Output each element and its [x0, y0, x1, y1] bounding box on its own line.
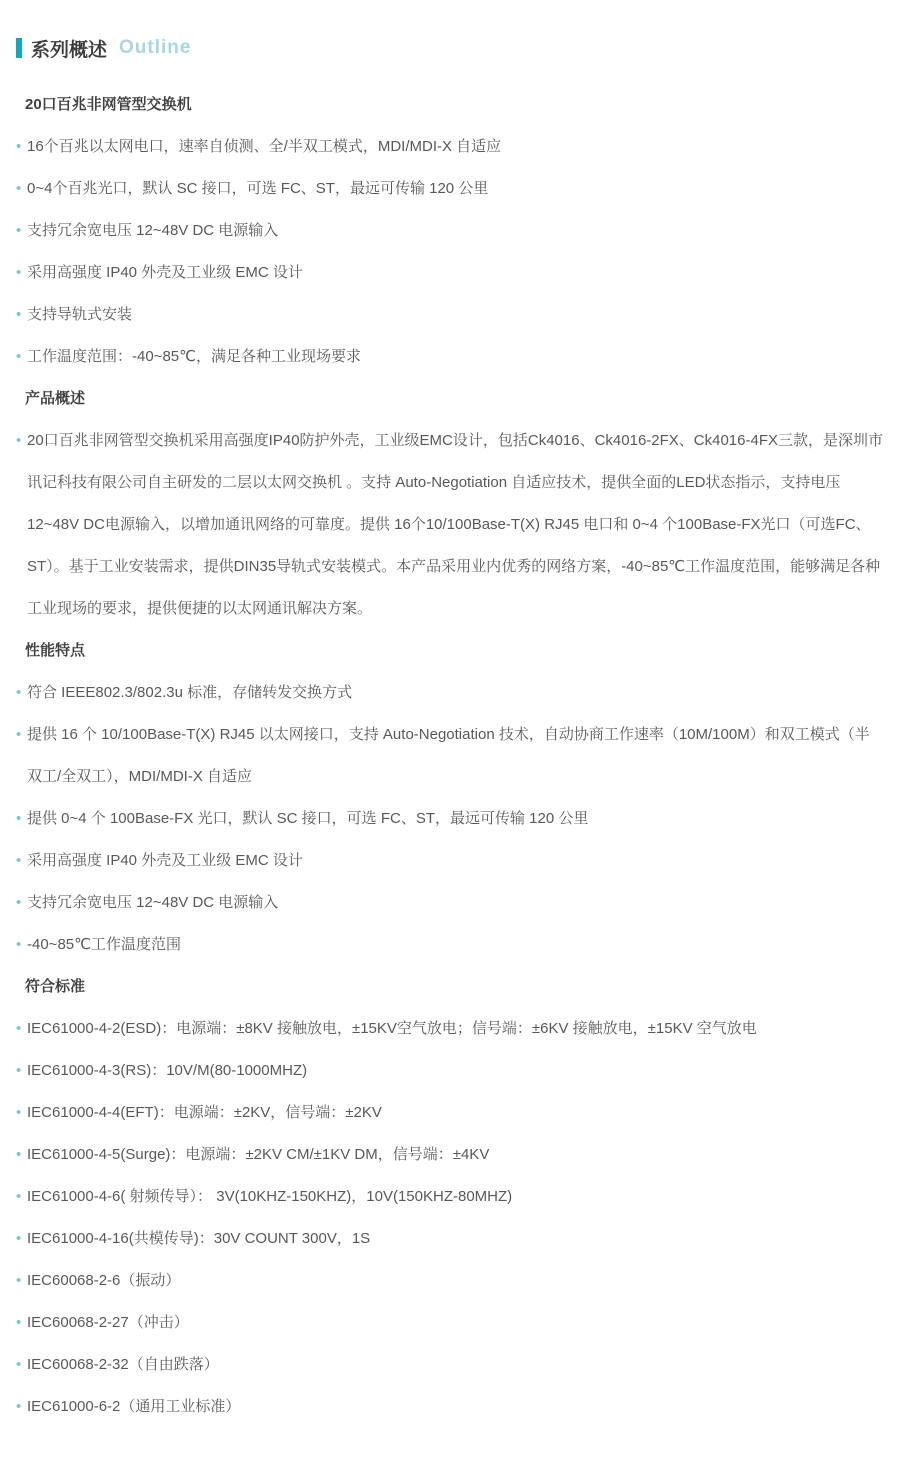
list-item-text: 0~4个百兆光口，默认 SC 接口，可选 FC、ST，最远可传输 120 公里 — [27, 180, 488, 197]
bullet-dot-icon: • — [16, 1386, 21, 1428]
bullet-list: • 20口百兆非网管型交换机采用高强度IP40防护外壳，工业级EMC设计，包括C… — [16, 420, 884, 630]
bullet-dot-icon: • — [16, 1302, 21, 1344]
list-item-text: IEC61000-4-2(ESD)：电源端：±8KV 接触放电，±15KV空气放… — [27, 1020, 757, 1037]
bullet-dot-icon: • — [16, 1260, 21, 1302]
list-item-text: IEC61000-4-3(RS)：10V/M(80-1000MHZ) — [27, 1062, 307, 1079]
list-item: • 16个百兆以太网电口，速率自侦测、全/半双工模式，MDI/MDI-X 自适应 — [16, 126, 884, 168]
list-item-text: 采用高强度 IP40 外壳及工业级 EMC 设计 — [27, 264, 303, 281]
list-item-text: IEC61000-4-4(EFT)：电源端：±2KV，信号端：±2KV — [27, 1104, 382, 1121]
bullet-dot-icon: • — [16, 126, 21, 168]
page-title-en: Outline — [119, 37, 191, 59]
list-item: • IEC60068-2-32（自由跌落） — [16, 1344, 884, 1386]
list-item-text: 提供 0~4 个 100Base-FX 光口，默认 SC 接口，可选 FC、ST… — [27, 810, 588, 827]
list-item: • 支持导轨式安装 — [16, 294, 884, 336]
page-title: 系列概述 — [31, 35, 107, 62]
list-item-text: 工作温度范围：-40~85℃，满足各种工业现场要求 — [27, 348, 361, 365]
bullet-dot-icon: • — [16, 714, 21, 756]
list-item-text: 提供 16 个 10/100Base-T(X) RJ45 以太网接口，支持 Au… — [27, 726, 870, 785]
list-item: • IEC61000-4-2(ESD)：电源端：±8KV 接触放电，±15KV空… — [16, 1008, 884, 1050]
list-item-text: 支持导轨式安装 — [27, 306, 132, 323]
list-item: • IEC61000-4-3(RS)：10V/M(80-1000MHZ) — [16, 1050, 884, 1092]
content-section: 性能特点 • 符合 IEEE802.3/802.3u 标准，存储转发交换方式 •… — [16, 630, 884, 966]
list-item: • IEC61000-6-2（通用工业标准） — [16, 1386, 884, 1428]
bullet-dot-icon: • — [16, 672, 21, 714]
list-item: • IEC61000-4-4(EFT)：电源端：±2KV，信号端：±2KV — [16, 1092, 884, 1134]
accent-bar-icon — [16, 38, 22, 58]
bullet-list: • IEC61000-4-2(ESD)：电源端：±8KV 接触放电，±15KV空… — [16, 1008, 884, 1428]
list-item-text: 符合 IEEE802.3/802.3u 标准，存储转发交换方式 — [27, 684, 352, 701]
bullet-dot-icon: • — [16, 294, 21, 336]
list-item: • IEC60068-2-27（冲击） — [16, 1302, 884, 1344]
section-heading: 符合标准 — [16, 966, 884, 1008]
bullet-dot-icon: • — [16, 1008, 21, 1050]
list-item-text: IEC60068-2-6（振动） — [27, 1272, 180, 1289]
content-section: 20口百兆非网管型交换机 • 16个百兆以太网电口，速率自侦测、全/半双工模式，… — [16, 84, 884, 378]
list-item: • IEC61000-4-5(Surge)：电源端：±2KV CM/±1KV D… — [16, 1134, 884, 1176]
list-item-text: IEC60068-2-27（冲击） — [27, 1314, 189, 1331]
series-overview-header: 系列概述 Outline — [16, 36, 884, 60]
section-heading: 产品概述 — [16, 378, 884, 420]
list-item: • 采用高强度 IP40 外壳及工业级 EMC 设计 — [16, 840, 884, 882]
bullet-dot-icon: • — [16, 210, 21, 252]
list-item: • 0~4个百兆光口，默认 SC 接口，可选 FC、ST，最远可传输 120 公… — [16, 168, 884, 210]
bullet-dot-icon: • — [16, 1092, 21, 1134]
content-section: 符合标准 • IEC61000-4-2(ESD)：电源端：±8KV 接触放电，±… — [16, 966, 884, 1428]
bullet-dot-icon: • — [16, 1176, 21, 1218]
list-item: • IEC61000-4-6( 射频传导）： 3V(10KHZ-150KHZ)，… — [16, 1176, 884, 1218]
list-item-text: 支持冗余宽电压 12~48V DC 电源输入 — [27, 894, 278, 911]
list-item-text: IEC61000-4-5(Surge)：电源端：±2KV CM/±1KV DM，… — [27, 1146, 489, 1163]
section-heading: 20口百兆非网管型交换机 — [16, 84, 884, 126]
bullet-dot-icon: • — [16, 252, 21, 294]
bullet-dot-icon: • — [16, 840, 21, 882]
bullet-dot-icon: • — [16, 882, 21, 924]
bullet-dot-icon: • — [16, 798, 21, 840]
list-item: • IEC60068-2-6（振动） — [16, 1260, 884, 1302]
bullet-dot-icon: • — [16, 1344, 21, 1386]
bullet-dot-icon: • — [16, 420, 21, 462]
list-item: • 工作温度范围：-40~85℃，满足各种工业现场要求 — [16, 336, 884, 378]
list-item-text: IEC60068-2-32（自由跌落） — [27, 1356, 219, 1373]
content-section: 产品概述 • 20口百兆非网管型交换机采用高强度IP40防护外壳，工业级EMC设… — [16, 378, 884, 630]
list-item-text: -40~85℃工作温度范围 — [27, 936, 181, 953]
bullet-dot-icon: • — [16, 1134, 21, 1176]
list-item: • 提供 0~4 个 100Base-FX 光口，默认 SC 接口，可选 FC、… — [16, 798, 884, 840]
bullet-dot-icon: • — [16, 168, 21, 210]
list-item: • IEC61000-4-16(共模传导)：30V COUNT 300V，1S — [16, 1218, 884, 1260]
bullet-dot-icon: • — [16, 1050, 21, 1092]
bullet-list: • 16个百兆以太网电口，速率自侦测、全/半双工模式，MDI/MDI-X 自适应… — [16, 126, 884, 378]
bullet-list: • 符合 IEEE802.3/802.3u 标准，存储转发交换方式 • 提供 1… — [16, 672, 884, 966]
list-item-text: 16个百兆以太网电口，速率自侦测、全/半双工模式，MDI/MDI-X 自适应 — [27, 138, 501, 155]
list-item-text: IEC61000-4-6( 射频传导）： 3V(10KHZ-150KHZ)，10… — [27, 1188, 512, 1205]
product-outline-page: 系列概述 Outline 20口百兆非网管型交换机 • 16个百兆以太网电口，速… — [0, 0, 900, 1468]
section-heading: 性能特点 — [16, 630, 884, 672]
list-item: • 20口百兆非网管型交换机采用高强度IP40防护外壳，工业级EMC设计，包括C… — [16, 420, 884, 630]
list-item: • 提供 16 个 10/100Base-T(X) RJ45 以太网接口，支持 … — [16, 714, 884, 798]
list-item-text: IEC61000-4-16(共模传导)：30V COUNT 300V，1S — [27, 1230, 370, 1247]
list-item: • -40~85℃工作温度范围 — [16, 924, 884, 966]
list-item-text: 支持冗余宽电压 12~48V DC 电源输入 — [27, 222, 278, 239]
sections-container: 20口百兆非网管型交换机 • 16个百兆以太网电口，速率自侦测、全/半双工模式，… — [16, 84, 884, 1428]
list-item-text: 采用高强度 IP40 外壳及工业级 EMC 设计 — [27, 852, 303, 869]
list-item: • 符合 IEEE802.3/802.3u 标准，存储转发交换方式 — [16, 672, 884, 714]
list-item: • 支持冗余宽电压 12~48V DC 电源输入 — [16, 882, 884, 924]
bullet-dot-icon: • — [16, 924, 21, 966]
list-item: • 采用高强度 IP40 外壳及工业级 EMC 设计 — [16, 252, 884, 294]
list-item: • 支持冗余宽电压 12~48V DC 电源输入 — [16, 210, 884, 252]
bullet-dot-icon: • — [16, 1218, 21, 1260]
list-item-text: 20口百兆非网管型交换机采用高强度IP40防护外壳，工业级EMC设计，包括Ck4… — [27, 432, 883, 617]
list-item-text: IEC61000-6-2（通用工业标准） — [27, 1398, 240, 1415]
bullet-dot-icon: • — [16, 336, 21, 378]
